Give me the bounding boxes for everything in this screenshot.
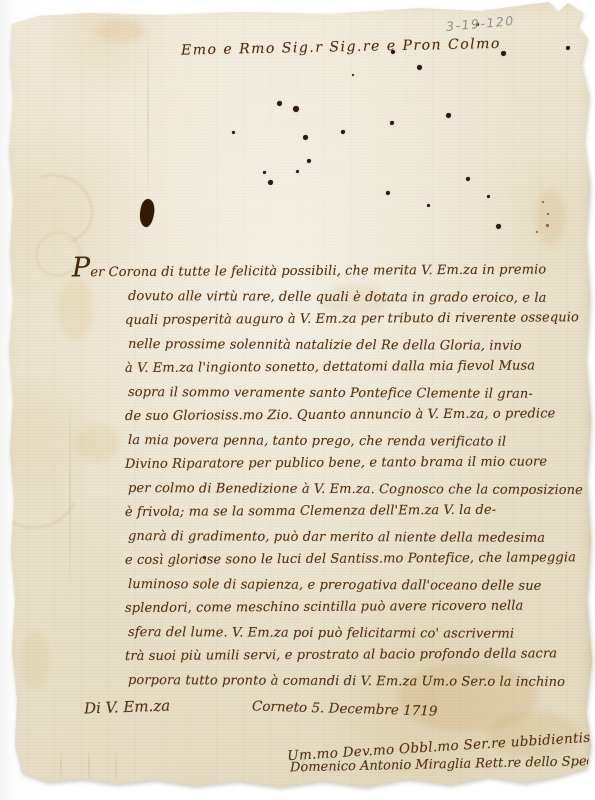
paper-shadow: 3-19-120 Emo e Rmo Sig.r Sig.re e Pron C… [0, 0, 595, 800]
body-line: porpora tutto pronto à comandi di V. Em.… [128, 669, 583, 695]
body-line: e così gloriose sono le luci del Santiss… [125, 546, 580, 573]
crease-line [88, 746, 90, 784]
body-line: Divino Riparatore per publico bene, e ta… [125, 450, 580, 477]
body-line: trà suoi più umili servi, e prostrato al… [125, 642, 580, 669]
stain-patch [58, 280, 93, 340]
body-line: quali prosperità auguro à V. Em.za per t… [125, 306, 580, 333]
crease-line [147, 14, 149, 214]
ink-blot [341, 130, 345, 134]
body-line: è frivola; ma se la somma Clemenza dell'… [125, 498, 580, 525]
body-line: de suo Gloriosiss.mo Zio. Quanto annunci… [125, 402, 580, 429]
ink-blot [487, 195, 490, 198]
ink-blot [386, 191, 390, 195]
ink-blot [268, 180, 273, 185]
stain-patch [95, 20, 145, 42]
paper-sheet: 3-19-120 Emo e Rmo Sig.r Sig.re e Pron C… [0, 0, 595, 800]
ink-blot [542, 201, 544, 203]
catalog-number: 3-19-120 [445, 13, 515, 34]
body-line: à V. Em.za l'ingionto sonetto, dettatomi… [125, 354, 580, 381]
crease-line [60, 748, 62, 784]
ink-blot [566, 46, 570, 50]
ink-blot [277, 101, 282, 106]
ink-blot [307, 159, 311, 163]
body-line: splendori, come meschino scintilla può a… [125, 594, 580, 621]
valediction: Di V. Em.za [84, 697, 171, 718]
ink-blot [446, 113, 451, 118]
body-line: Per Corona di tutte le felicità possibil… [125, 253, 580, 285]
stain-patch [73, 425, 119, 461]
stain-ring [0, 409, 93, 540]
ink-blot [427, 204, 430, 207]
ink-blot [536, 231, 538, 233]
ink-blot [293, 106, 299, 112]
letter-heading: Emo e Rmo Sig.r Sig.re e Pron Colmo [181, 37, 431, 58]
ink-blot [232, 131, 235, 134]
ink-blot [303, 135, 308, 140]
ink-blot [352, 74, 354, 76]
ink-blot [390, 121, 394, 125]
stain-patch [536, 188, 566, 246]
ink-blot [296, 170, 299, 173]
ink-blot [496, 224, 501, 229]
ink-blot [547, 213, 549, 215]
ink-blot [137, 198, 157, 228]
ink-blot [466, 177, 470, 181]
crease-line [115, 750, 117, 784]
letter-body: Per Corona di tutte le felicità possibil… [125, 256, 580, 693]
ink-blot [501, 51, 506, 56]
ink-blot [417, 65, 422, 70]
manuscript-scan: 3-19-120 Emo e Rmo Sig.r Sig.re e Pron C… [0, 0, 595, 800]
ink-blot [263, 171, 266, 174]
stain-patch [20, 630, 50, 690]
